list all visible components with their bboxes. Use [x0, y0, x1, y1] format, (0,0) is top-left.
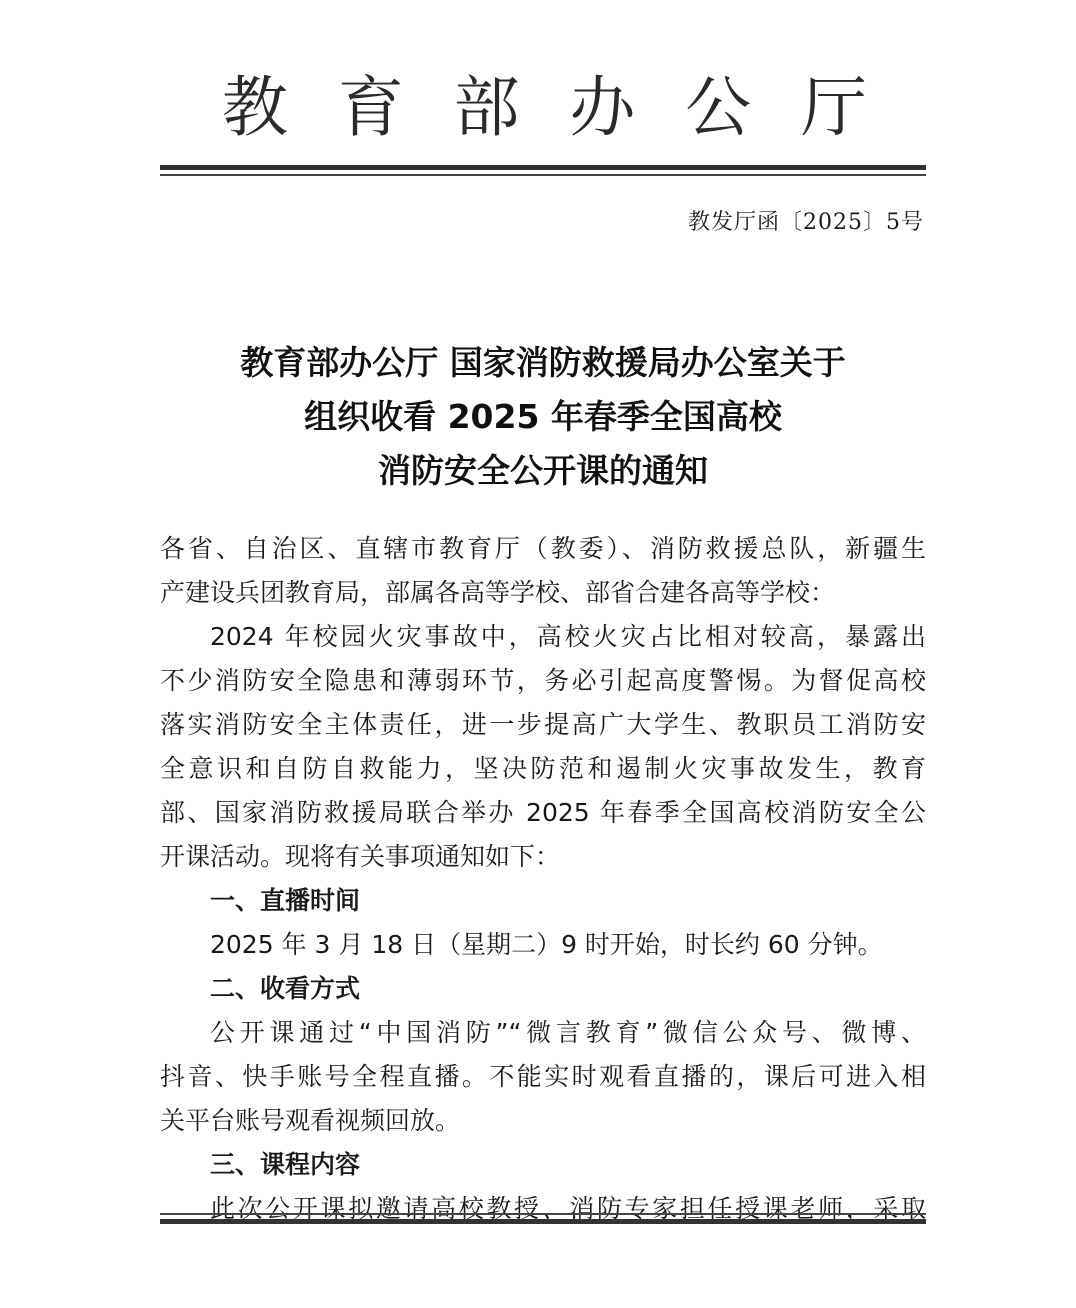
issuer-masthead: 教 育 部 办 公 厅 — [160, 68, 925, 148]
text-line: 2024 年校园火灾事故中，高校火灾占比相对较高，暴露出 — [160, 615, 926, 659]
intro-paragraph: 2024 年校园火灾事故中，高校火灾占比相对较高，暴露出 不少消防安全隐患和薄弱… — [160, 615, 926, 879]
masthead-char: 厅 — [801, 75, 867, 141]
document-body: 各省、自治区、直辖市教育厅（教委）、消防救援总队，新疆生 产建设兵团教育局，部属… — [160, 527, 926, 1231]
text-line: 公开课通过“中国消防”“微言教育”微信公众号、微博、 — [160, 1011, 926, 1055]
text-line: 落实消防安全主体责任，进一步提高广大学生、教职员工消防安 — [160, 703, 926, 747]
section-heading: 一、直播时间 — [160, 879, 926, 923]
section-paragraph: 此次公开课拟邀请高校教授、消防专家担任授课老师，采取 — [160, 1187, 926, 1231]
title-line: 消防安全公开课的通知 — [160, 444, 926, 498]
section-paragraph: 公开课通过“中国消防”“微言教育”微信公众号、微博、 抖音、快手账号全程直播。不… — [160, 1011, 926, 1143]
footer-rule-thin — [160, 1213, 926, 1215]
masthead-char: 部 — [454, 75, 520, 141]
text-line: 开课活动。现将有关事项通知如下： — [160, 835, 926, 879]
text-line: 抖音、快手账号全程直播。不能实时观看直播的，课后可进入相 — [160, 1055, 926, 1099]
text-line: 各省、自治区、直辖市教育厅（教委）、消防救援总队，新疆生 — [160, 527, 926, 571]
section-heading: 二、收看方式 — [160, 967, 926, 1011]
text-line: 此次公开课拟邀请高校教授、消防专家担任授课老师，采取 — [160, 1187, 926, 1231]
masthead-char: 公 — [685, 75, 751, 141]
text-line: 产建设兵团教育局，部属各高等学校、部省合建各高等学校： — [160, 571, 926, 615]
text-line: 2025 年 3 月 18 日（星期二）9 时开始，时长约 60 分钟。 — [160, 923, 926, 967]
masthead-char: 办 — [569, 75, 635, 141]
text-line: 全意识和自防自救能力，坚决防范和遏制火灾事故发生，教育 — [160, 747, 926, 791]
document-title: 教育部办公厅 国家消防救援局办公室关于 组织收看 2025 年春季全国高校 消防… — [160, 336, 926, 498]
section-paragraph: 2025 年 3 月 18 日（星期二）9 时开始，时长约 60 分钟。 — [160, 923, 926, 967]
text-line: 关平台账号观看视频回放。 — [160, 1099, 926, 1143]
text-line: 不少消防安全隐患和薄弱环节，务必引起高度警惕。为督促高校 — [160, 659, 926, 703]
masthead-char: 教 — [222, 75, 288, 141]
title-line: 教育部办公厅 国家消防救援局办公室关于 — [160, 336, 926, 390]
footer-rule-thick — [160, 1219, 926, 1224]
text-line: 部、国家消防救援局联合举办 2025 年春季全国高校消防安全公 — [160, 791, 926, 835]
document-number: 教发厅函〔2025〕5号 — [688, 205, 924, 236]
salutation: 各省、自治区、直辖市教育厅（教委）、消防救援总队，新疆生 产建设兵团教育局，部属… — [160, 527, 926, 615]
title-line: 组织收看 2025 年春季全国高校 — [160, 390, 926, 444]
section-heading: 三、课程内容 — [160, 1143, 926, 1187]
masthead-char: 育 — [338, 75, 404, 141]
document-page: 教 育 部 办 公 厅 教发厅函〔2025〕5号 教育部办公厅 国家消防救援局办… — [0, 0, 1076, 1308]
header-rule-thick — [160, 165, 926, 170]
header-rule-thin — [160, 174, 926, 176]
